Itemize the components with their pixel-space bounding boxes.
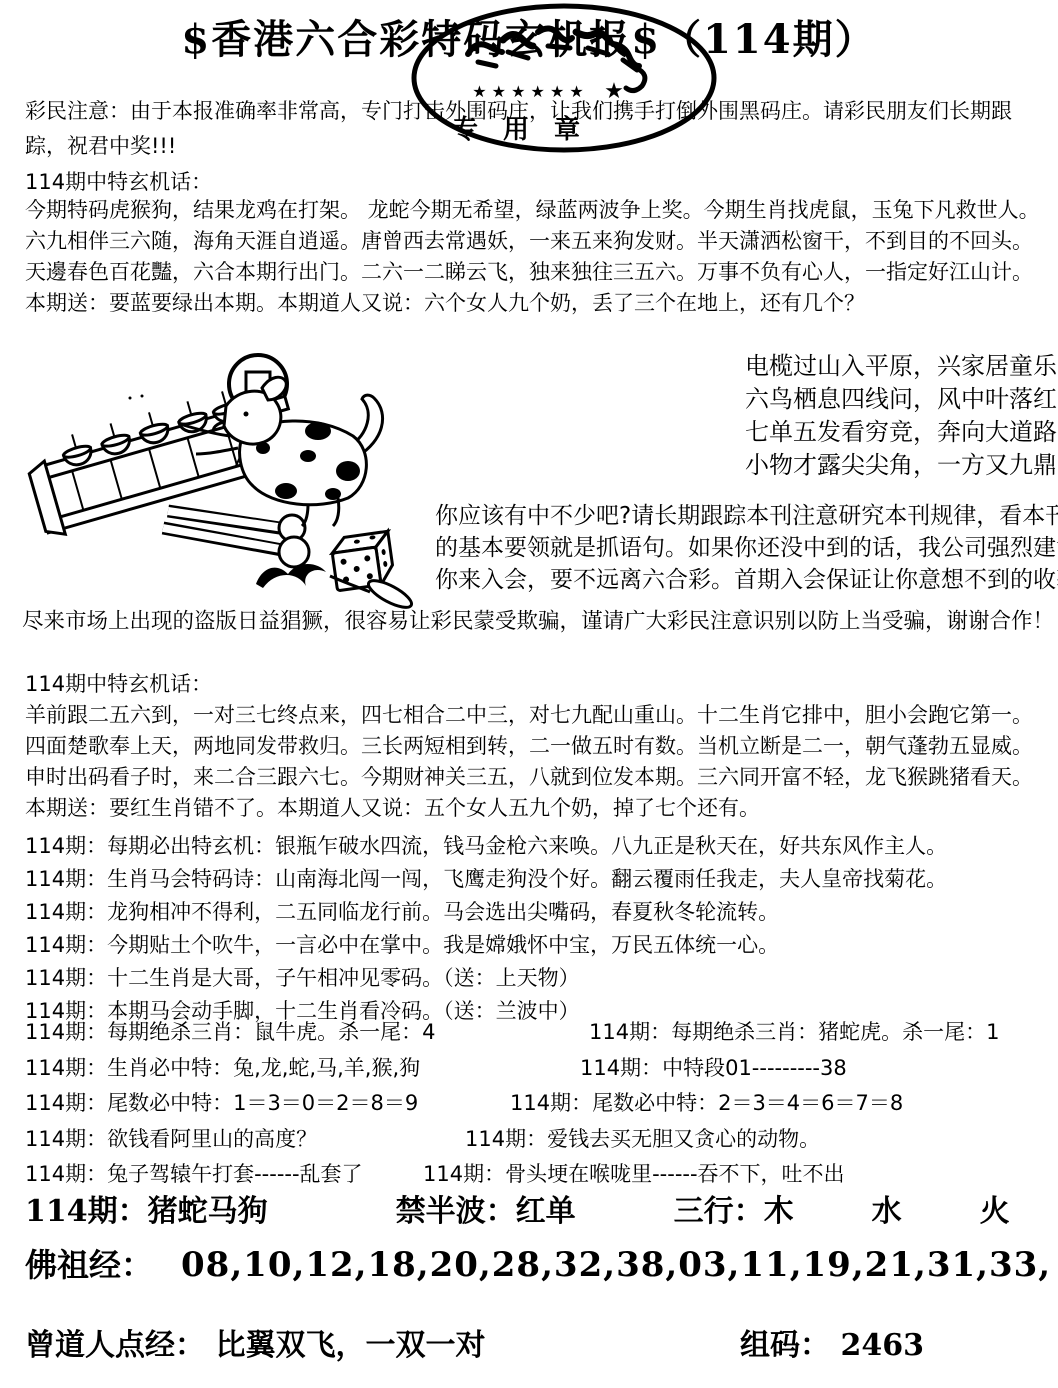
tip-list: 114期：每期必出特玄机：银瓶乍破水四流，钱马金枪六来唤。八九正是秋天在，好共东… [25,830,947,1028]
verse-line: 四面楚歌奉上天，两地同发带救归。三长两短相到转，二一做五时有数。当机立断是二一，… [25,731,1033,762]
ban-wave-value: 红单 [516,1186,576,1230]
fozujing-line: 佛祖经： 08,10,12,18,20,28,32,38,03,11,19,21… [25,1240,1051,1286]
tip-right: 114期：骨头埂在喉咙里------吞不下，吐不出 [423,1158,845,1188]
fozujing-numbers: 08,10,12,18,20,28,32,38,03,11,19,21,31,3… [181,1245,1051,1285]
tip-line: 114期：今期贴土个吹牛，一言必中在掌中。我是嫦娥怀中宝，万民五体统一心。 [25,929,947,962]
poem-line: 六鸟栖息四线问，风中叶落红 [745,383,1057,416]
verse-line: 本期送：要红生肖错不了。本期道人又说：五个女人五九个奶，掉了七个还有。 [25,793,1033,824]
verse-line: 天邊春色百花豔，六合本期行出门。二六一二睇云飞，独来独往三五六。万事不负有心人，… [25,257,1040,288]
section1-lines: 今期特码虎猴狗，结果龙鸡在打架。 龙蛇今期无希望，绿蓝两波争上奖。今期生肖找虎鼠… [25,195,1040,319]
zengdaoren-value: 比翼双飞，一双一对 [215,1328,485,1363]
tip-left: 114期：欲钱看阿里山的高度？ [25,1127,317,1151]
tip-pair-row: 114期：欲钱看阿里山的高度？ 114期：爱钱去买无胆又贪心的动物。 [25,1123,1050,1159]
verse-line: 六九相伴三六随，海角天涯自逍遥。唐曾西去常遇妖，一来五来狗发财。半天潇洒松窗干，… [25,226,1040,257]
tip-left: 114期：兔子驾辕午打套------乱套了 [25,1162,363,1186]
tip-line: 114期：生肖马会特码诗：山南海北闯一闯，飞鹰走狗没个好。翻云覆雨任我走，夫人皇… [25,863,947,896]
dog-coin-dice-illustration [18,336,448,614]
poem-line: 七单五发看穷竞，奔向大道路 [745,416,1057,449]
section2-heading: 114期中特玄机话： [25,668,212,698]
stamp-graphic: ★ ★ ★ ★ ★ ★ ★ 专 用 章 [408,2,720,158]
official-stamp: ★ ★ ★ ★ ★ ★ ★ 专 用 章 [408,2,720,158]
group-code-value: 2463 [840,1328,924,1363]
verse-line: 申时出码看子时，来二合三跟六七。今期财神关三五，八就到位发本期。三六同开富不轻，… [25,762,1033,793]
verse-line: 今期特码虎猴狗，结果龙鸡在打架。 龙蛇今期无希望，绿蓝两波争上奖。今期生肖找虎鼠… [25,195,1040,226]
footer-zodiac-line: 114期： 猪蛇马狗 禁半波： 红单 三行： 木 水 火 [25,1186,1010,1230]
beater-poles [163,511,309,567]
advice-paragraph: 你应该有中不少吧?请长期跟踪本刊注意研究本刊规律，看本刊 的基本要领就是抓语句。… [435,500,1058,596]
poem-line: 电榄过山入平原，兴家居童乐 [745,350,1057,383]
tip-right: 114期：中特段01---------38 [580,1052,847,1082]
verse-line: 本期送：要蓝要绿出本期。本期道人又说：六个女人九个奶，丢了三个在地上，还有几个？ [25,288,1040,319]
tip-pair-list: 114期：每期绝杀三肖：鼠牛虎。杀一尾：4 114期：每期绝杀三肖：猪蛇虎。杀一… [25,1016,1050,1194]
tip-left: 114期：生肖必中特：兔,龙,蛇,马,羊,猴,狗 [25,1056,420,1080]
stamp-big-star: ★ [604,79,624,104]
section1-heading: 114期中特玄机话： [25,166,212,196]
sanxing-wood: 木 [764,1186,794,1230]
fozujing-label: 佛祖经： [25,1240,153,1286]
sanxing-water: 水 [872,1186,902,1230]
zengdaoren-label: 曾道人点经： [25,1328,205,1363]
stamp-label: 专 用 章 [452,114,588,145]
tip-right: 114期：每期绝杀三肖：猪蛇虎。杀一尾：1 [589,1016,999,1046]
side-poem: 电榄过山入平原，兴家居童乐 六鸟栖息四线问，风中叶落红 七单五发看穷竞，奔向大道… [745,350,1057,482]
tip-line: 114期：每期必出特玄机：银瓶乍破水四流，钱马金枪六来唤。八九正是秋天在，好共东… [25,830,947,863]
tip-right: 114期：尾数必中特：2＝3＝4＝6＝7＝8 [510,1087,903,1117]
tip-left: 114期：尾数必中特：1＝3＝0＝2＝8＝9 [25,1091,418,1115]
advice-line: 你来入会，要不远离六合彩。首期入会保证让你意想不到的收获！ [435,564,1058,596]
tip-right: 114期：爱钱去买无胆又贪心的动物。 [465,1123,820,1153]
advice-line: 的基本要领就是抓语句。如果你还没中到的话，我公司强烈建议 [435,532,1058,564]
tip-pair-row: 114期：生肖必中特：兔,龙,蛇,马,羊,猴,狗 114期：中特段01-----… [25,1052,1050,1088]
ban-wave-label: 禁半波： [396,1186,516,1230]
verse-line: 羊前跟二五六到，一对三七终点来，四七相合二中三，对七九配山重山。十二生肖它排中，… [25,700,1033,731]
group-code-label: 组码： [740,1328,830,1363]
advice-line: 你应该有中不少吧?请长期跟踪本刊注意研究本刊规律，看本刊 [435,500,1058,532]
sanxing-label: 三行： [674,1186,764,1230]
group-code: 组码： 2463 [740,1320,924,1364]
zengdaoren-line: 曾道人点经： 比翼双飞，一双一对 组码： 2463 [25,1320,1035,1364]
section2-lines: 羊前跟二五六到，一对三七终点来，四七相合二中三，对七九配山重山。十二生肖它排中，… [25,700,1033,824]
stamp-stars: ★ ★ ★ ★ ★ ★ [472,82,584,101]
poem-line: 小物才露尖尖角，一方又九鼎 [745,449,1057,482]
tip-pair-row: 114期：每期绝杀三肖：鼠牛虎。杀一尾：4 114期：每期绝杀三肖：猪蛇虎。杀一… [25,1016,1050,1052]
tip-pair-row: 114期：尾数必中特：1＝3＝0＝2＝8＝9 114期：尾数必中特：2＝3＝4＝… [25,1087,1050,1123]
sanxing-fire: 火 [980,1186,1010,1230]
issue-label: 114期： [25,1186,148,1230]
warning-line: 尽来市场上出现的盗版日益猖獗，很容易让彩民蒙受欺骗，谨请广大彩民注意识别以防上当… [22,604,1054,635]
lottery-tip-sheet: $香港六合彩特码玄机报$（114期） ★ ★ ★ ★ ★ ★ ★ 专 用 章 彩… [0,0,1058,1388]
tip-line: 114期：十二生肖是大哥，子午相冲见零码。（送：上天物） [25,962,947,995]
zodiac-picks: 猪蛇马狗 [148,1186,268,1230]
tip-left: 114期：每期绝杀三肖：鼠牛虎。杀一尾：4 [25,1020,435,1044]
tip-line: 114期：龙狗相冲不得利，二五同临龙行前。马会选出尖嘴码，春夏秋冬轮流转。 [25,896,947,929]
